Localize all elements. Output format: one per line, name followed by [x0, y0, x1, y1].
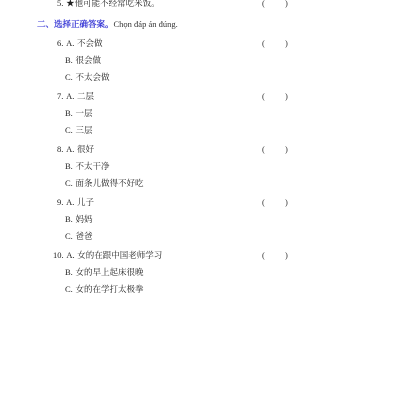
option-letter: A. — [66, 38, 74, 48]
option-text: 二层 — [77, 92, 94, 102]
question-number: 9. — [57, 197, 63, 207]
option-text: 女的早上起床很晚 — [76, 268, 144, 278]
option-text: 女的在学打太极拳 — [76, 285, 144, 295]
option-text: 不太会做 — [76, 73, 110, 83]
question-6-option-c: C. 不太会做 — [65, 72, 110, 83]
option-text: 儿子 — [77, 198, 94, 208]
option-letter: B. — [65, 108, 73, 118]
question-6-option-b: B. 很会做 — [65, 55, 101, 66]
question-9-option-b: B. 妈妈 — [65, 214, 93, 225]
question-text: ★他可能不经常吃米饭。 — [66, 0, 160, 9]
question-10-option-a: 10. A. 女的在跟中国老师学习 — [53, 250, 162, 261]
section-heading: 二、选择正确答案。Chọn đáp án đúng. — [37, 19, 178, 30]
option-letter: C. — [65, 178, 73, 188]
option-text: 很会做 — [76, 56, 102, 66]
option-letter: A. — [66, 250, 74, 260]
answer-blank-9[interactable]: ( ) — [262, 197, 297, 207]
option-letter: B. — [65, 55, 73, 65]
question-8-option-b: B. 不太干净 — [65, 161, 110, 172]
answer-blank-8[interactable]: ( ) — [262, 144, 297, 154]
question-7-option-a: 7. A. 二层 — [57, 91, 94, 102]
question-7-option-c: C. 三层 — [65, 125, 93, 136]
option-letter: C. — [65, 284, 73, 294]
option-letter: A. — [66, 91, 74, 101]
question-5: 5. ★他可能不经常吃米饭。 — [57, 0, 160, 9]
question-7-option-b: B. 一层 — [65, 108, 93, 119]
option-text: 面条儿做得不好吃 — [76, 179, 144, 189]
question-8-option-a: 8. A. 很好 — [57, 144, 94, 155]
question-number: 8. — [57, 144, 63, 154]
option-letter: C. — [65, 231, 73, 241]
question-10-option-c: C. 女的在学打太极拳 — [65, 284, 144, 295]
question-number: 6. — [57, 38, 63, 48]
option-letter: A. — [66, 144, 74, 154]
option-letter: B. — [65, 214, 73, 224]
heading-vietnamese: Chọn đáp án đúng. — [114, 19, 178, 29]
answer-blank-6[interactable]: ( ) — [262, 38, 297, 48]
option-text: 不太干净 — [76, 162, 110, 172]
option-text: 女的在跟中国老师学习 — [77, 251, 162, 261]
question-number: 7. — [57, 91, 63, 101]
option-letter: B. — [65, 267, 73, 277]
option-text: 三层 — [76, 126, 93, 136]
option-letter: B. — [65, 161, 73, 171]
question-number: 5. — [57, 0, 63, 8]
question-8-option-c: C. 面条儿做得不好吃 — [65, 178, 144, 189]
question-6-option-a: 6. A. 不会做 — [57, 38, 103, 49]
option-text: 一层 — [76, 109, 93, 119]
option-text: 不会做 — [77, 39, 103, 49]
option-letter: C. — [65, 72, 73, 82]
option-text: 很好 — [77, 145, 94, 155]
question-10-option-b: B. 女的早上起床很晚 — [65, 267, 144, 278]
option-letter: C. — [65, 125, 73, 135]
answer-blank-10[interactable]: ( ) — [262, 250, 297, 260]
answer-blank-7[interactable]: ( ) — [262, 91, 297, 101]
heading-chinese: 二、选择正确答案。 — [37, 20, 114, 30]
question-9-option-a: 9. A. 儿子 — [57, 197, 94, 208]
option-text: 妈妈 — [76, 215, 93, 225]
option-letter: A. — [66, 197, 74, 207]
question-number: 10. — [53, 250, 64, 260]
option-text: 爸爸 — [76, 232, 93, 242]
question-9-option-c: C. 爸爸 — [65, 231, 93, 242]
answer-blank-5[interactable]: ( ) — [262, 0, 297, 8]
